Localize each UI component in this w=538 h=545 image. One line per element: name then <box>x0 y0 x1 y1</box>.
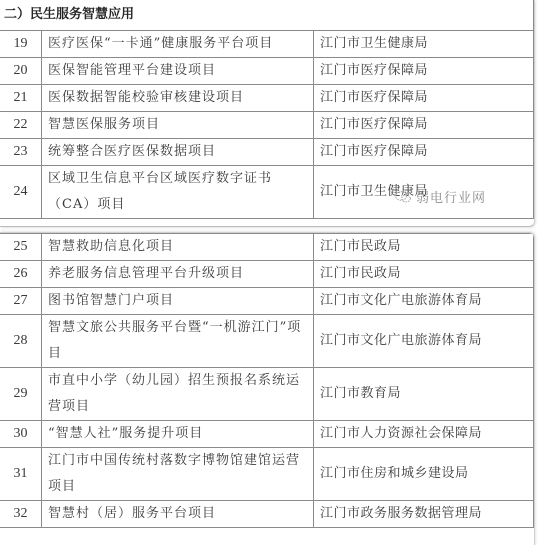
project-name: 江门市中国传统村落数字博物馆建馆运营项目 <box>42 448 314 501</box>
table-row: 28 智慧文旅公共服务平台暨“一机游江门”项目 江门市文化广电旅游体育局 <box>0 315 534 368</box>
row-number: 23 <box>0 139 42 166</box>
project-name: 智慧医保服务项目 <box>42 112 314 139</box>
table-row: 23 统筹整合医疗医保数据项目 江门市医疗保障局 <box>0 139 534 166</box>
project-name: 区域卫生信息平台区域医疗数字证书（CA）项目 <box>42 166 314 219</box>
department: 江门市文化广电旅游体育局 <box>314 315 534 368</box>
department: 江门市医疗保障局 <box>314 112 534 139</box>
table-row: 20 医保智能管理平台建设项目 江门市医疗保障局 <box>0 58 534 85</box>
project-name: 医疗医保“一卡通”健康服务平台项目 <box>42 31 314 58</box>
table-row: 31 江门市中国传统村落数字博物馆建馆运营项目 江门市住房和城乡建设局 <box>0 448 534 501</box>
department: 江门市教育局 <box>314 368 534 421</box>
watermark: 弱电行业网 <box>395 187 486 206</box>
table-row: 30 “智慧人社”服务提升项目 江门市人力资源社会保障局 <box>0 421 534 448</box>
department: 江门市医疗保障局 <box>314 85 534 112</box>
project-table-part2: 25 智慧救助信息化项目 江门市民政局 26 养老服务信息管理平台升级项目 江门… <box>0 233 534 528</box>
project-name: “智慧人社”服务提升项目 <box>42 421 314 448</box>
row-number: 21 <box>0 85 42 112</box>
row-number: 20 <box>0 58 42 85</box>
row-number: 32 <box>0 501 42 528</box>
department: 江门市医疗保障局 <box>314 58 534 85</box>
project-name: 养老服务信息管理平台升级项目 <box>42 261 314 288</box>
department: 江门市医疗保障局 <box>314 139 534 166</box>
department: 江门市人力资源社会保障局 <box>314 421 534 448</box>
department: 江门市民政局 <box>314 234 534 261</box>
row-number: 26 <box>0 261 42 288</box>
section-title: 二）民生服务智慧应用 <box>0 0 534 31</box>
project-name: 图书馆智慧门户项目 <box>42 288 314 315</box>
department: 江门市政务服务数据管理局 <box>314 501 534 528</box>
department: 江门市卫生健康局 <box>314 31 534 58</box>
table-fragment-top: 二）民生服务智慧应用 19 医疗医保“一卡通”健康服务平台项目 江门市卫生健康局… <box>0 0 535 227</box>
table-row: 19 医疗医保“一卡通”健康服务平台项目 江门市卫生健康局 <box>0 31 534 58</box>
table-row: 29 市直中小学（幼儿园）招生预报名系统运营项目 江门市教育局 <box>0 368 534 421</box>
project-name: 智慧村（居）服务平台项目 <box>42 501 314 528</box>
row-number: 19 <box>0 31 42 58</box>
row-number: 27 <box>0 288 42 315</box>
row-number: 31 <box>0 448 42 501</box>
table-fragment-bottom: 25 智慧救助信息化项目 江门市民政局 26 养老服务信息管理平台升级项目 江门… <box>0 232 535 545</box>
table-row: 22 智慧医保服务项目 江门市医疗保障局 <box>0 112 534 139</box>
table-row: 25 智慧救助信息化项目 江门市民政局 <box>0 234 534 261</box>
project-name: 医保数据智能校验审核建设项目 <box>42 85 314 112</box>
table-row: 32 智慧村（居）服务平台项目 江门市政务服务数据管理局 <box>0 501 534 528</box>
row-number: 28 <box>0 315 42 368</box>
row-number: 24 <box>0 166 42 219</box>
department: 江门市住房和城乡建设局 <box>314 448 534 501</box>
row-number: 25 <box>0 234 42 261</box>
row-number: 30 <box>0 421 42 448</box>
table-row: 21 医保数据智能校验审核建设项目 江门市医疗保障局 <box>0 85 534 112</box>
department: 江门市民政局 <box>314 261 534 288</box>
project-name: 智慧文旅公共服务平台暨“一机游江门”项目 <box>42 315 314 368</box>
project-name: 智慧救助信息化项目 <box>42 234 314 261</box>
department: 江门市文化广电旅游体育局 <box>314 288 534 315</box>
row-number: 29 <box>0 368 42 421</box>
section-header-row: 二）民生服务智慧应用 <box>0 0 534 31</box>
table-row: 26 养老服务信息管理平台升级项目 江门市民政局 <box>0 261 534 288</box>
project-name: 医保智能管理平台建设项目 <box>42 58 314 85</box>
wechat-icon <box>395 191 411 203</box>
row-number: 22 <box>0 112 42 139</box>
table-row: 27 图书馆智慧门户项目 江门市文化广电旅游体育局 <box>0 288 534 315</box>
watermark-text: 弱电行业网 <box>416 187 486 206</box>
project-name: 市直中小学（幼儿园）招生预报名系统运营项目 <box>42 368 314 421</box>
project-name: 统筹整合医疗医保数据项目 <box>42 139 314 166</box>
